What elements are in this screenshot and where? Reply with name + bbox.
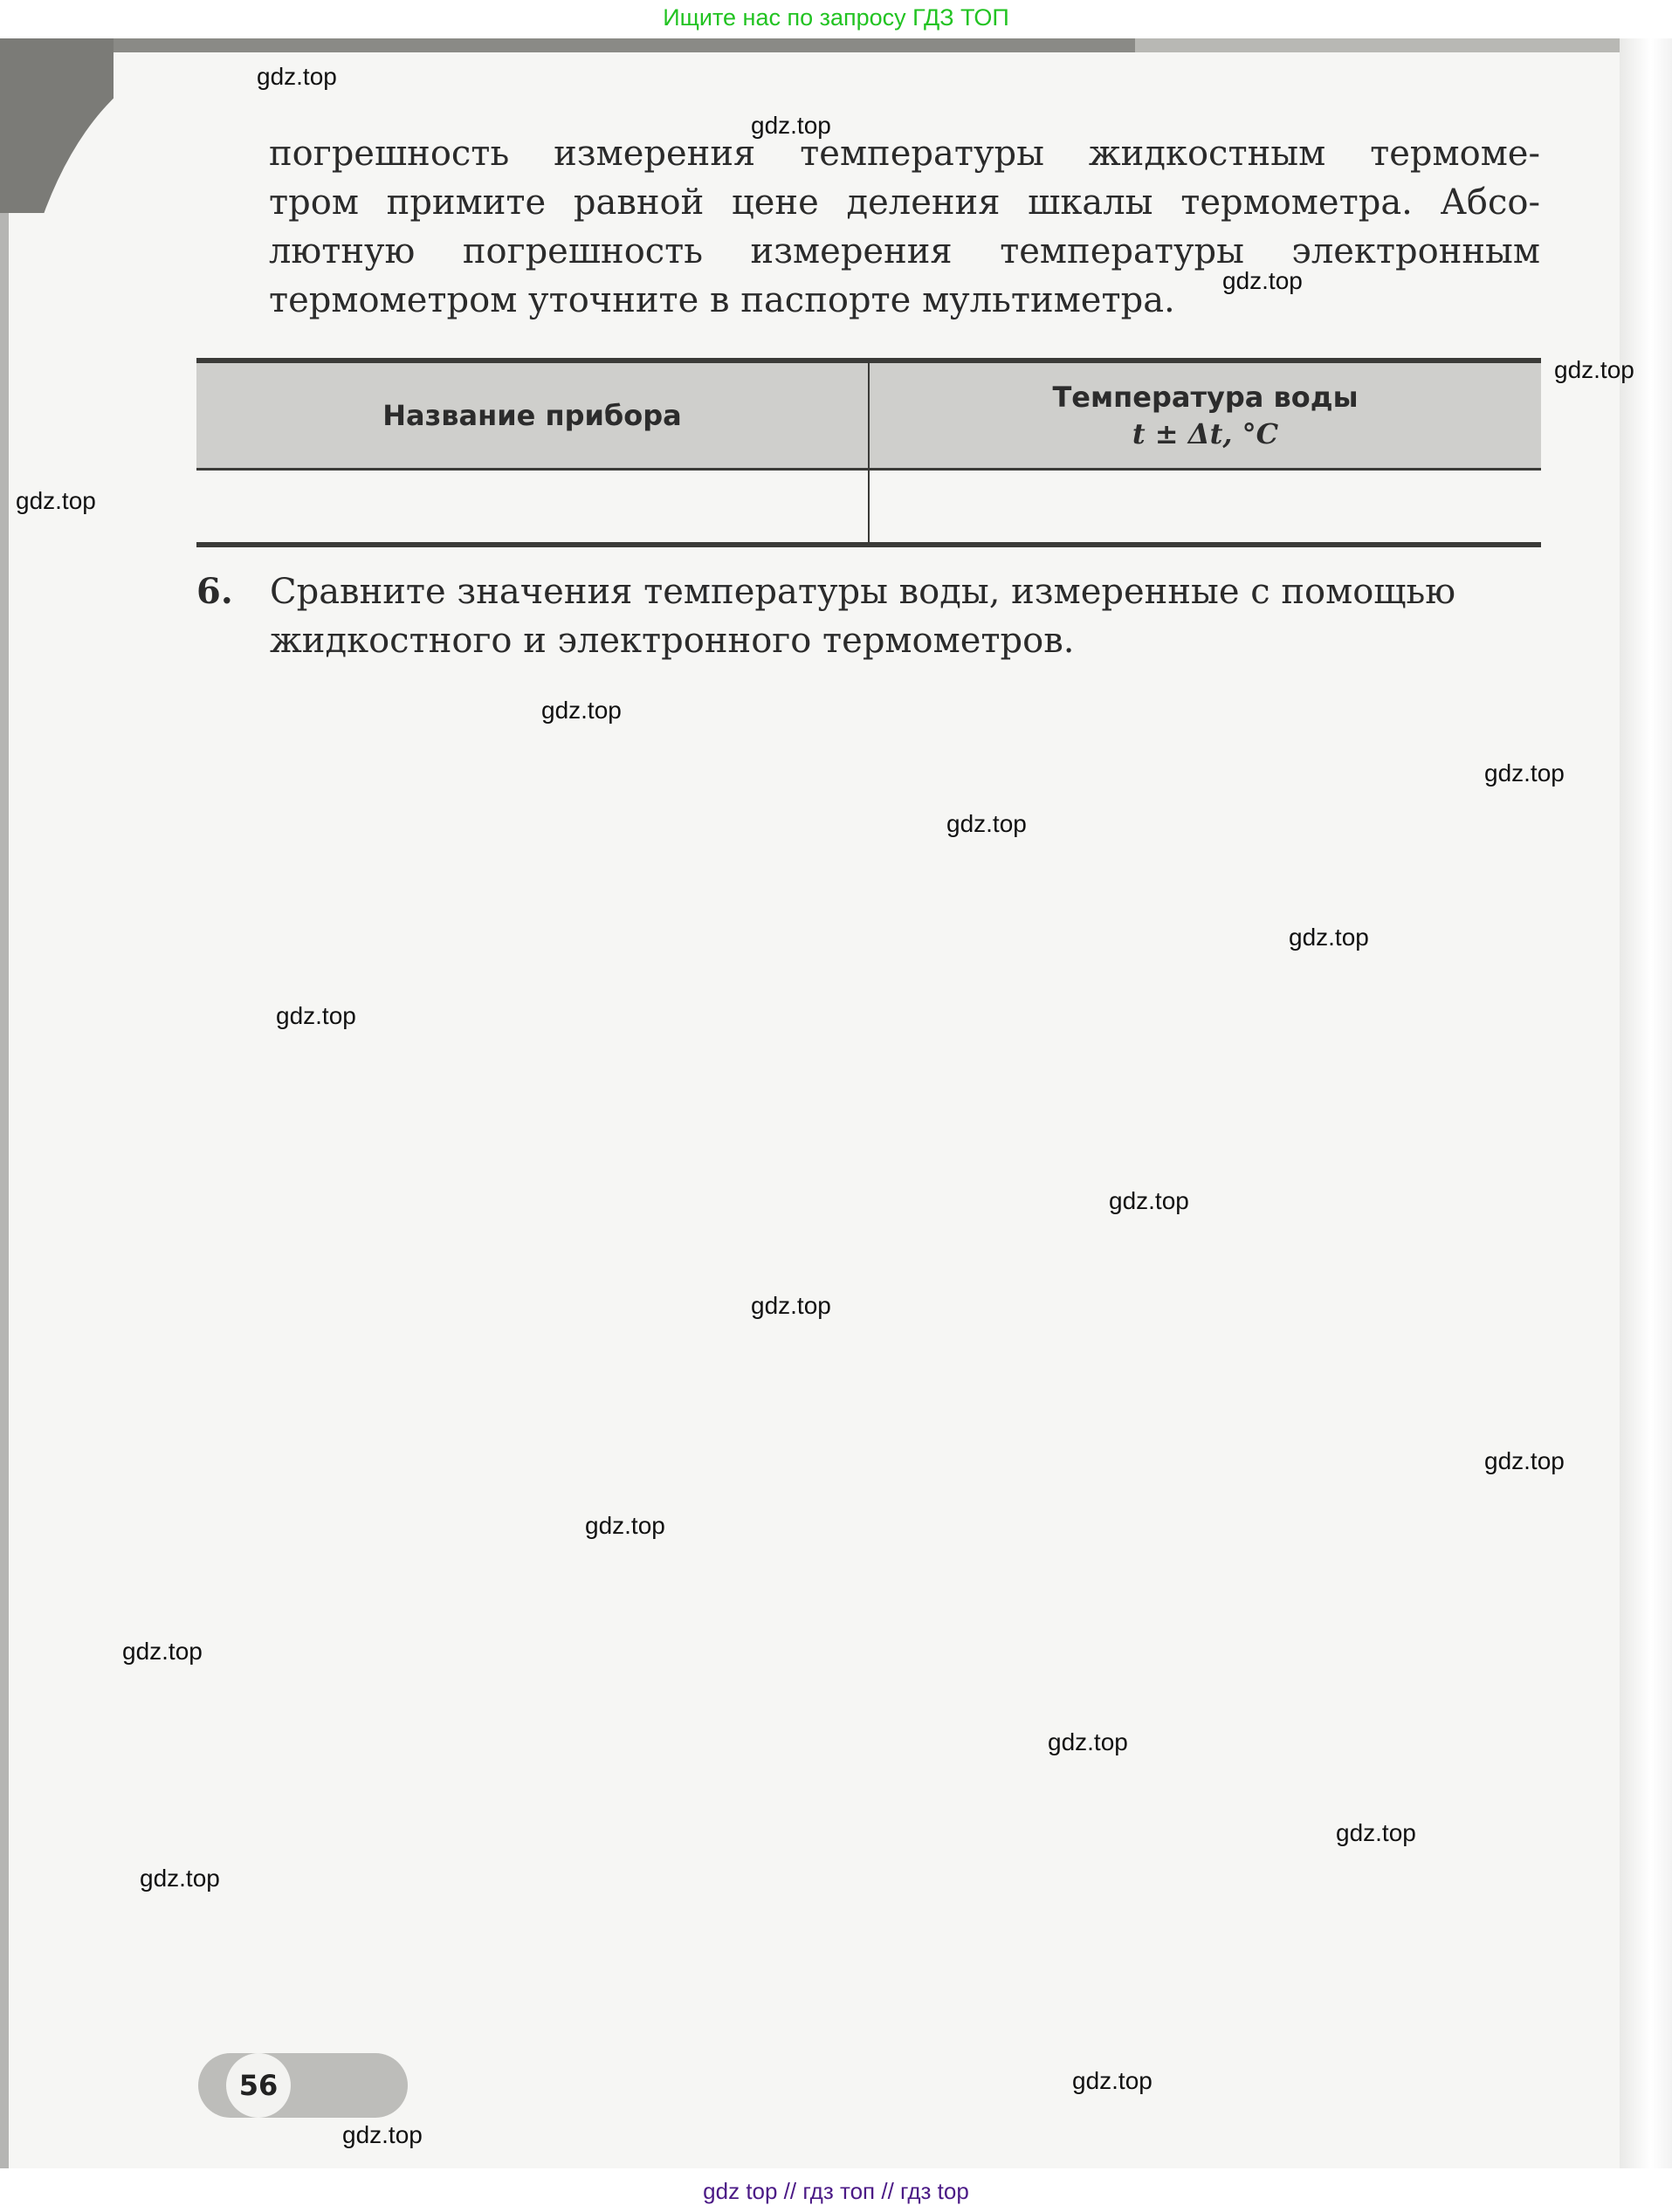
watermark: gdz.top (1484, 759, 1565, 787)
watermark: gdz.top (276, 1002, 356, 1030)
watermark: gdz.top (1048, 1728, 1128, 1756)
page-left-spine (0, 213, 9, 2168)
task-6: 6. Сравните значения температуры воды, и… (196, 567, 1541, 665)
watermark: gdz.top (751, 1292, 831, 1320)
instruction-paragraph: погрешность измерения температуры жидкос… (269, 129, 1540, 325)
table-row (196, 470, 1541, 546)
watermark: gdz.top (1554, 356, 1634, 384)
watermark: gdz.top (16, 487, 96, 515)
bottom-banner[interactable]: gdz top // гдз топ // гдз top (0, 2174, 1672, 2212)
watermark: gdz.top (585, 1512, 665, 1540)
task-number: 6. (196, 567, 233, 616)
paragraph-line: тром примите равной цене деления шкалы т… (269, 178, 1540, 227)
cell-device-name (196, 470, 869, 546)
results-table: Название прибора Температура воды t ± Δt… (196, 358, 1541, 547)
watermark: gdz.top (946, 810, 1027, 838)
page-number: 56 (226, 2053, 291, 2118)
task-text: Сравните значения температуры воды, изме… (270, 567, 1541, 665)
watermark: gdz.top (122, 1638, 203, 1666)
paragraph-line: погрешность измерения температуры жидкос… (269, 129, 1540, 178)
page-number-badge: 56 (198, 2053, 408, 2118)
paragraph-line: термометром уточните в паспорте мультиме… (269, 276, 1540, 325)
watermark: gdz.top (1289, 924, 1369, 951)
watermark: gdz.top (257, 63, 337, 91)
page-top-stripe-light (1135, 38, 1624, 52)
temperature-formula: t ± Δt, °C (1132, 417, 1278, 450)
watermark: gdz.top (140, 1865, 220, 1893)
watermark: gdz.top (751, 112, 831, 140)
watermark: gdz.top (342, 2121, 423, 2149)
watermark: gdz.top (1484, 1447, 1565, 1475)
watermark: gdz.top (541, 697, 622, 725)
watermark: gdz.top (1072, 2067, 1153, 2095)
watermark: gdz.top (1222, 267, 1303, 295)
top-banner[interactable]: Ищите нас по запросу ГДЗ ТОП (0, 0, 1672, 38)
watermark: gdz.top (1109, 1187, 1189, 1215)
header-device-name: Название прибора (196, 361, 869, 470)
watermark: gdz.top (1336, 1819, 1416, 1847)
paragraph-line: лютную погрешность измерения температуры… (269, 227, 1540, 276)
cell-temperature (869, 470, 1541, 546)
header-water-temperature: Температура воды t ± Δt, °C (869, 361, 1541, 470)
